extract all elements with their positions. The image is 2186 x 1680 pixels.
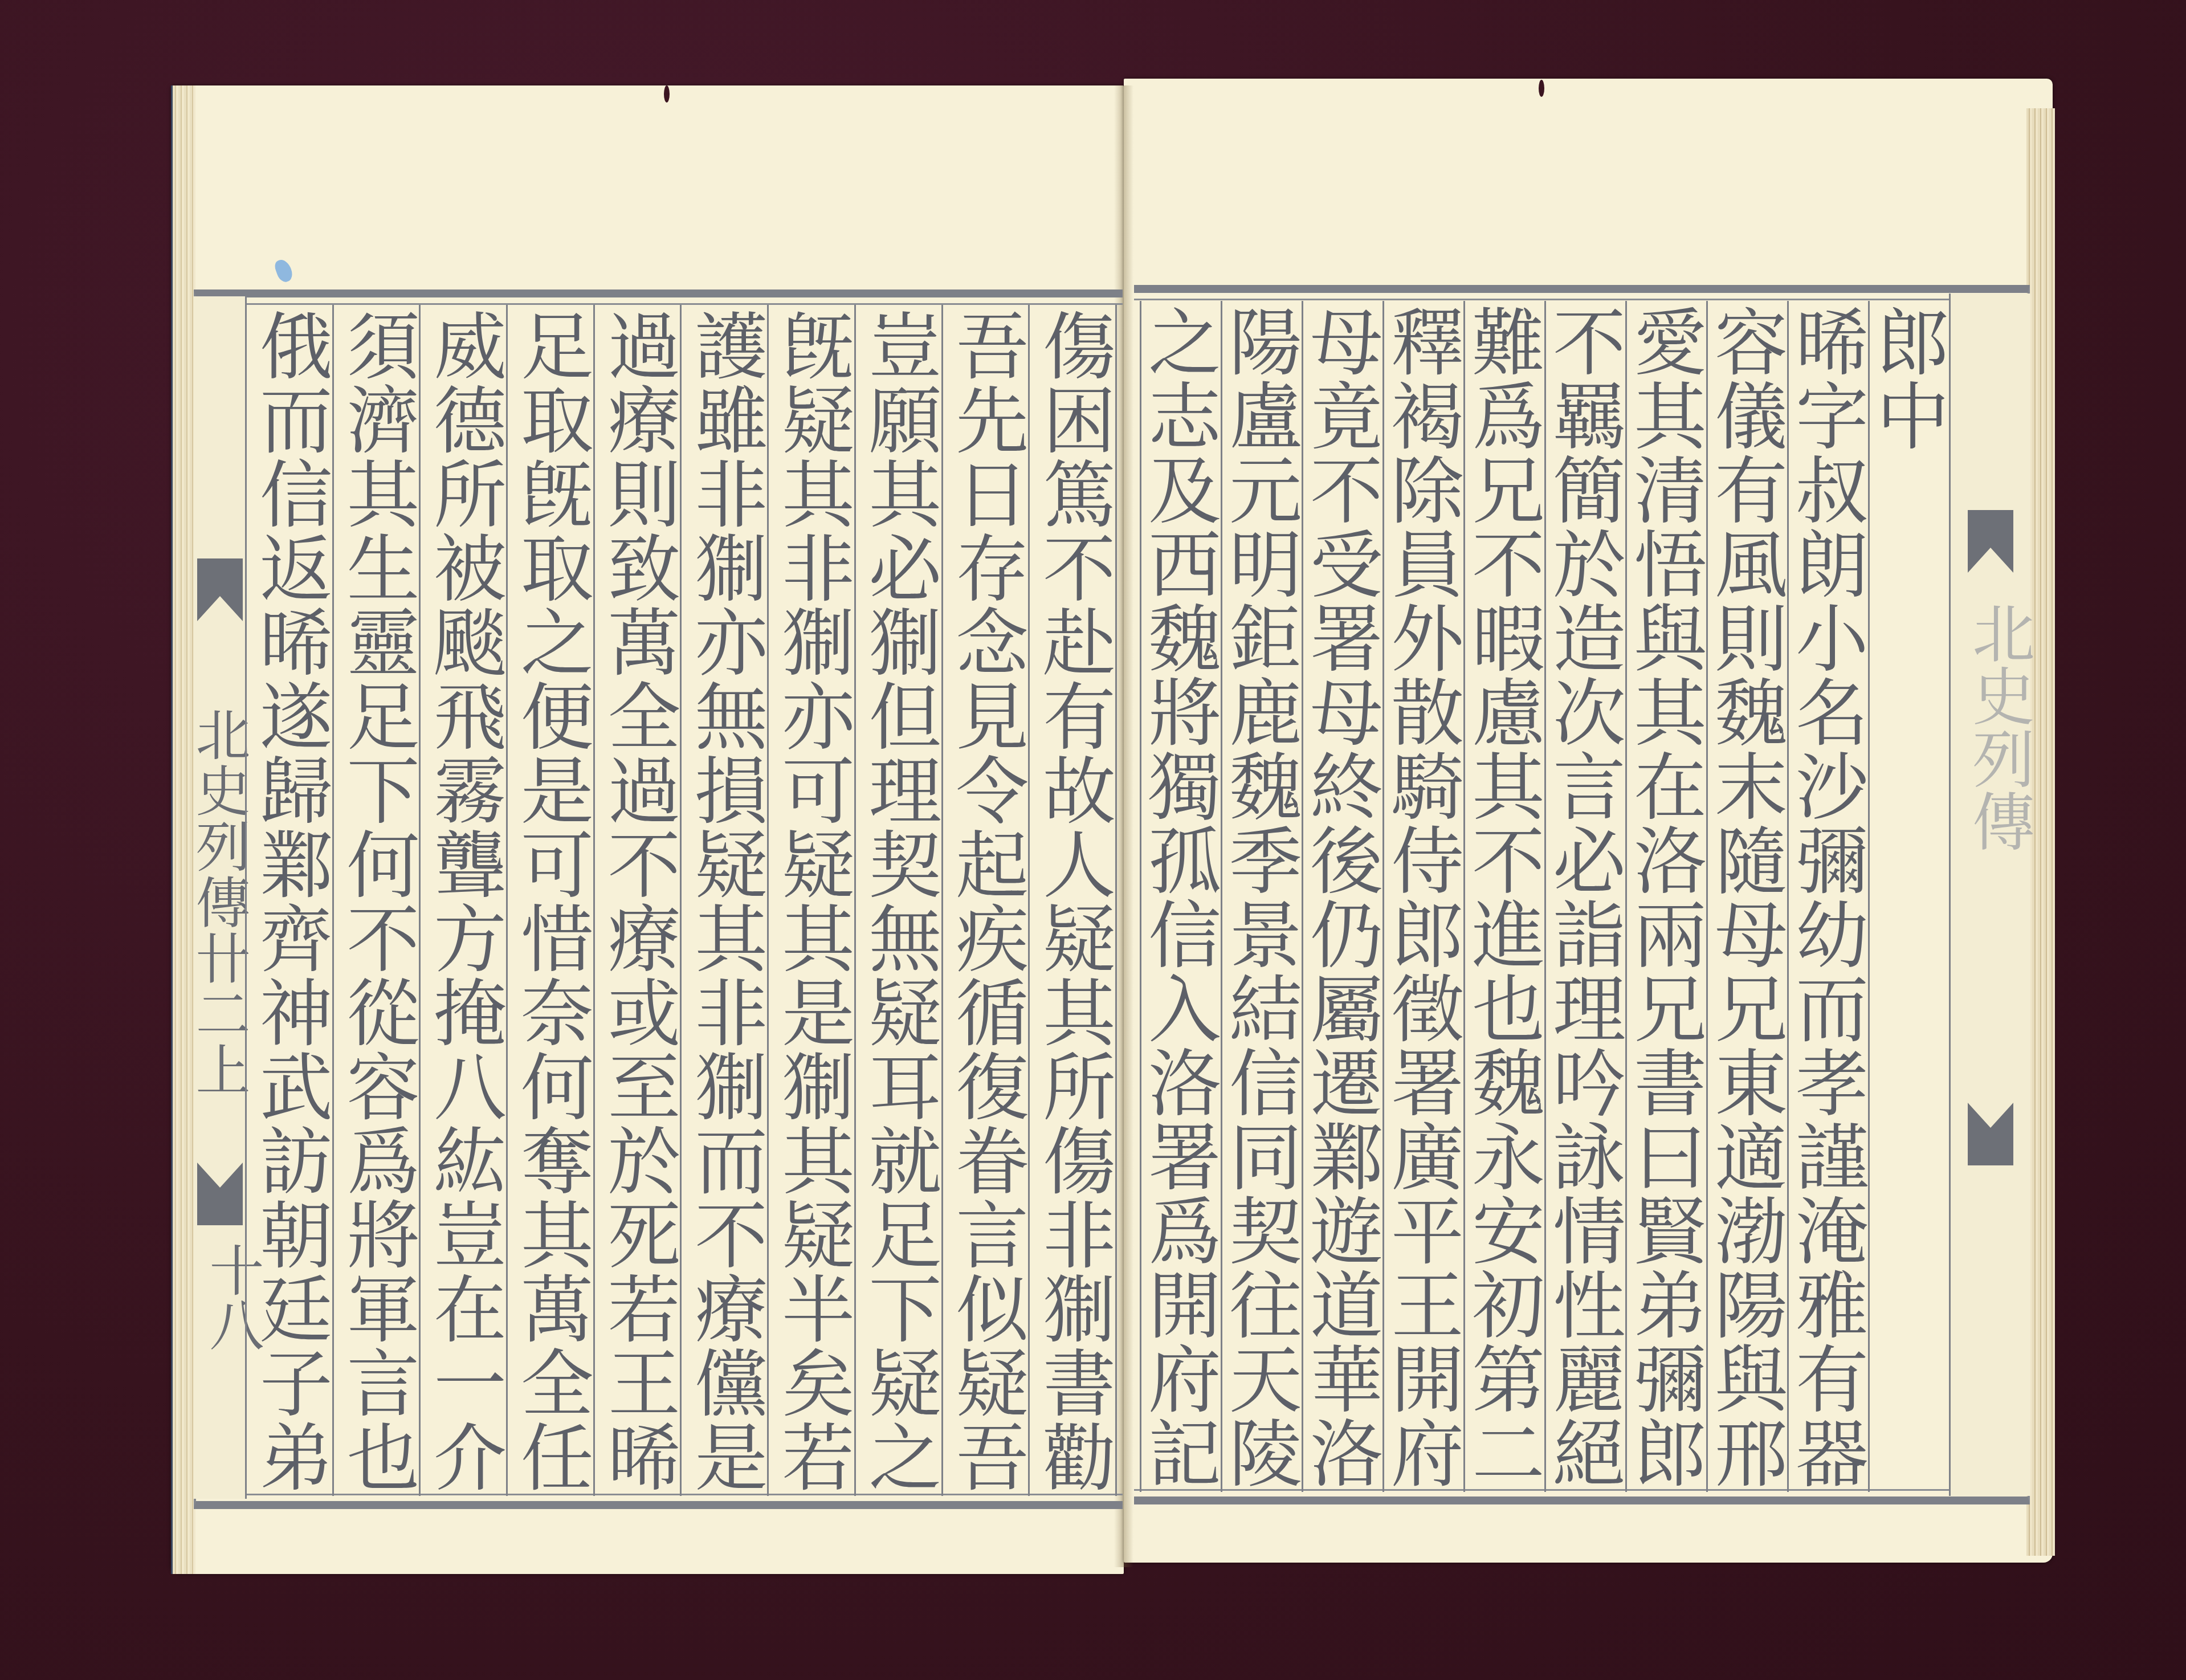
fishtail-bottom-icon — [1968, 1103, 2013, 1165]
text-column: 陽盧元明鉅鹿魏季景結信同契往天陵山浩然有終焉 — [1221, 301, 1302, 1492]
text-column: 不羈簡於造次言必詣理吟詠情性麗絕當時恐足下方 — [1544, 301, 1625, 1492]
right-text-columns: 郎中 晞字叔朗小名沙彌幼而孝謹淹雅有器度好學不倦美 容儀有風則魏末隨母兄東適渤陽… — [1140, 301, 1949, 1492]
text-column: 之志及西魏將獨孤信入洛署爲開府記室晞稱先被犬 — [1140, 301, 1221, 1492]
text-column: 容儀有風則魏末隨母兄東適渤陽與邢子良遊處子良 — [1706, 301, 1787, 1492]
text-column: 難爲兄不暇慮其不進也魏永安初第二兄暉聘梁啓晞 — [1463, 301, 1544, 1492]
text-column: 護雖非猘亦無損疑其非猘而不療儻是猘則難救然則 — [680, 305, 767, 1496]
text-column: 愛其清悟與其在洛兩兄書曰賢弟彌郎意識深遠曠達 — [1625, 301, 1706, 1492]
text-column-heading: 郎中 — [1868, 301, 1949, 1492]
paper-nick — [664, 85, 670, 103]
text-column: 威德所被颷飛霧聾方掩八紘豈在一介若必從愧始充 — [419, 305, 506, 1496]
text-column: 須濟其生靈足下何不從容爲將軍言也於是方得見寬 — [332, 305, 419, 1496]
fishtail-bottom-icon — [197, 1163, 243, 1225]
text-column: 豈願其必猘但理契無疑耳就足下疑之亦有過說足下 — [854, 305, 941, 1496]
margin-book-title: 北史列傳卄二上 — [190, 707, 247, 1098]
text-column: 釋褐除員外散騎侍郎徵署廣平王開府功曹史晞顧養 — [1382, 301, 1463, 1492]
text-column: 足取旣取之便是可惜奈何奪其萬全任其或死且將軍 — [506, 305, 593, 1496]
text-column: 母竟不受署母終後仍屬遷鄴遊道華洛悅其山水與汜 — [1302, 301, 1382, 1492]
fishtail-top-icon — [197, 558, 243, 621]
text-column: 俄而信返晞遂歸鄴齊神武訪朝廷子弟忠孝謹密者令 — [245, 305, 332, 1496]
margin-book-title-right: 北史列傳 — [1964, 601, 2033, 852]
text-column: 傷困篤不赴有故人疑其所傷非猘書勸令赴晞復書曰 — [1028, 305, 1117, 1496]
left-text-columns: 傷困篤不赴有故人疑其所傷非猘書勸令赴晞復書曰 吾先日存念見令起疾循復眷言似疑吾所… — [245, 305, 1117, 1496]
right-fishtail-margin: 北史列傳 — [1949, 293, 2030, 1496]
text-column: 吾先日存念見令起疾循復眷言似疑吾所傷未必是猘吾 — [941, 305, 1029, 1496]
text-column: 晞字叔朗小名沙彌幼而孝謹淹雅有器度好學不倦美 — [1787, 301, 1868, 1492]
paper-nick — [1539, 80, 1544, 97]
left-fishtail-margin: 北史列傳卄二上 十八 — [194, 296, 247, 1499]
text-column: 旣疑其非猘亦可疑其是猘其疑半矣若疑其是猘而營 — [767, 305, 854, 1496]
text-column: 過療則致萬全過不療或至於死若王晞無可惜也則不 — [593, 305, 680, 1496]
fishtail-top-icon — [1968, 510, 2013, 573]
